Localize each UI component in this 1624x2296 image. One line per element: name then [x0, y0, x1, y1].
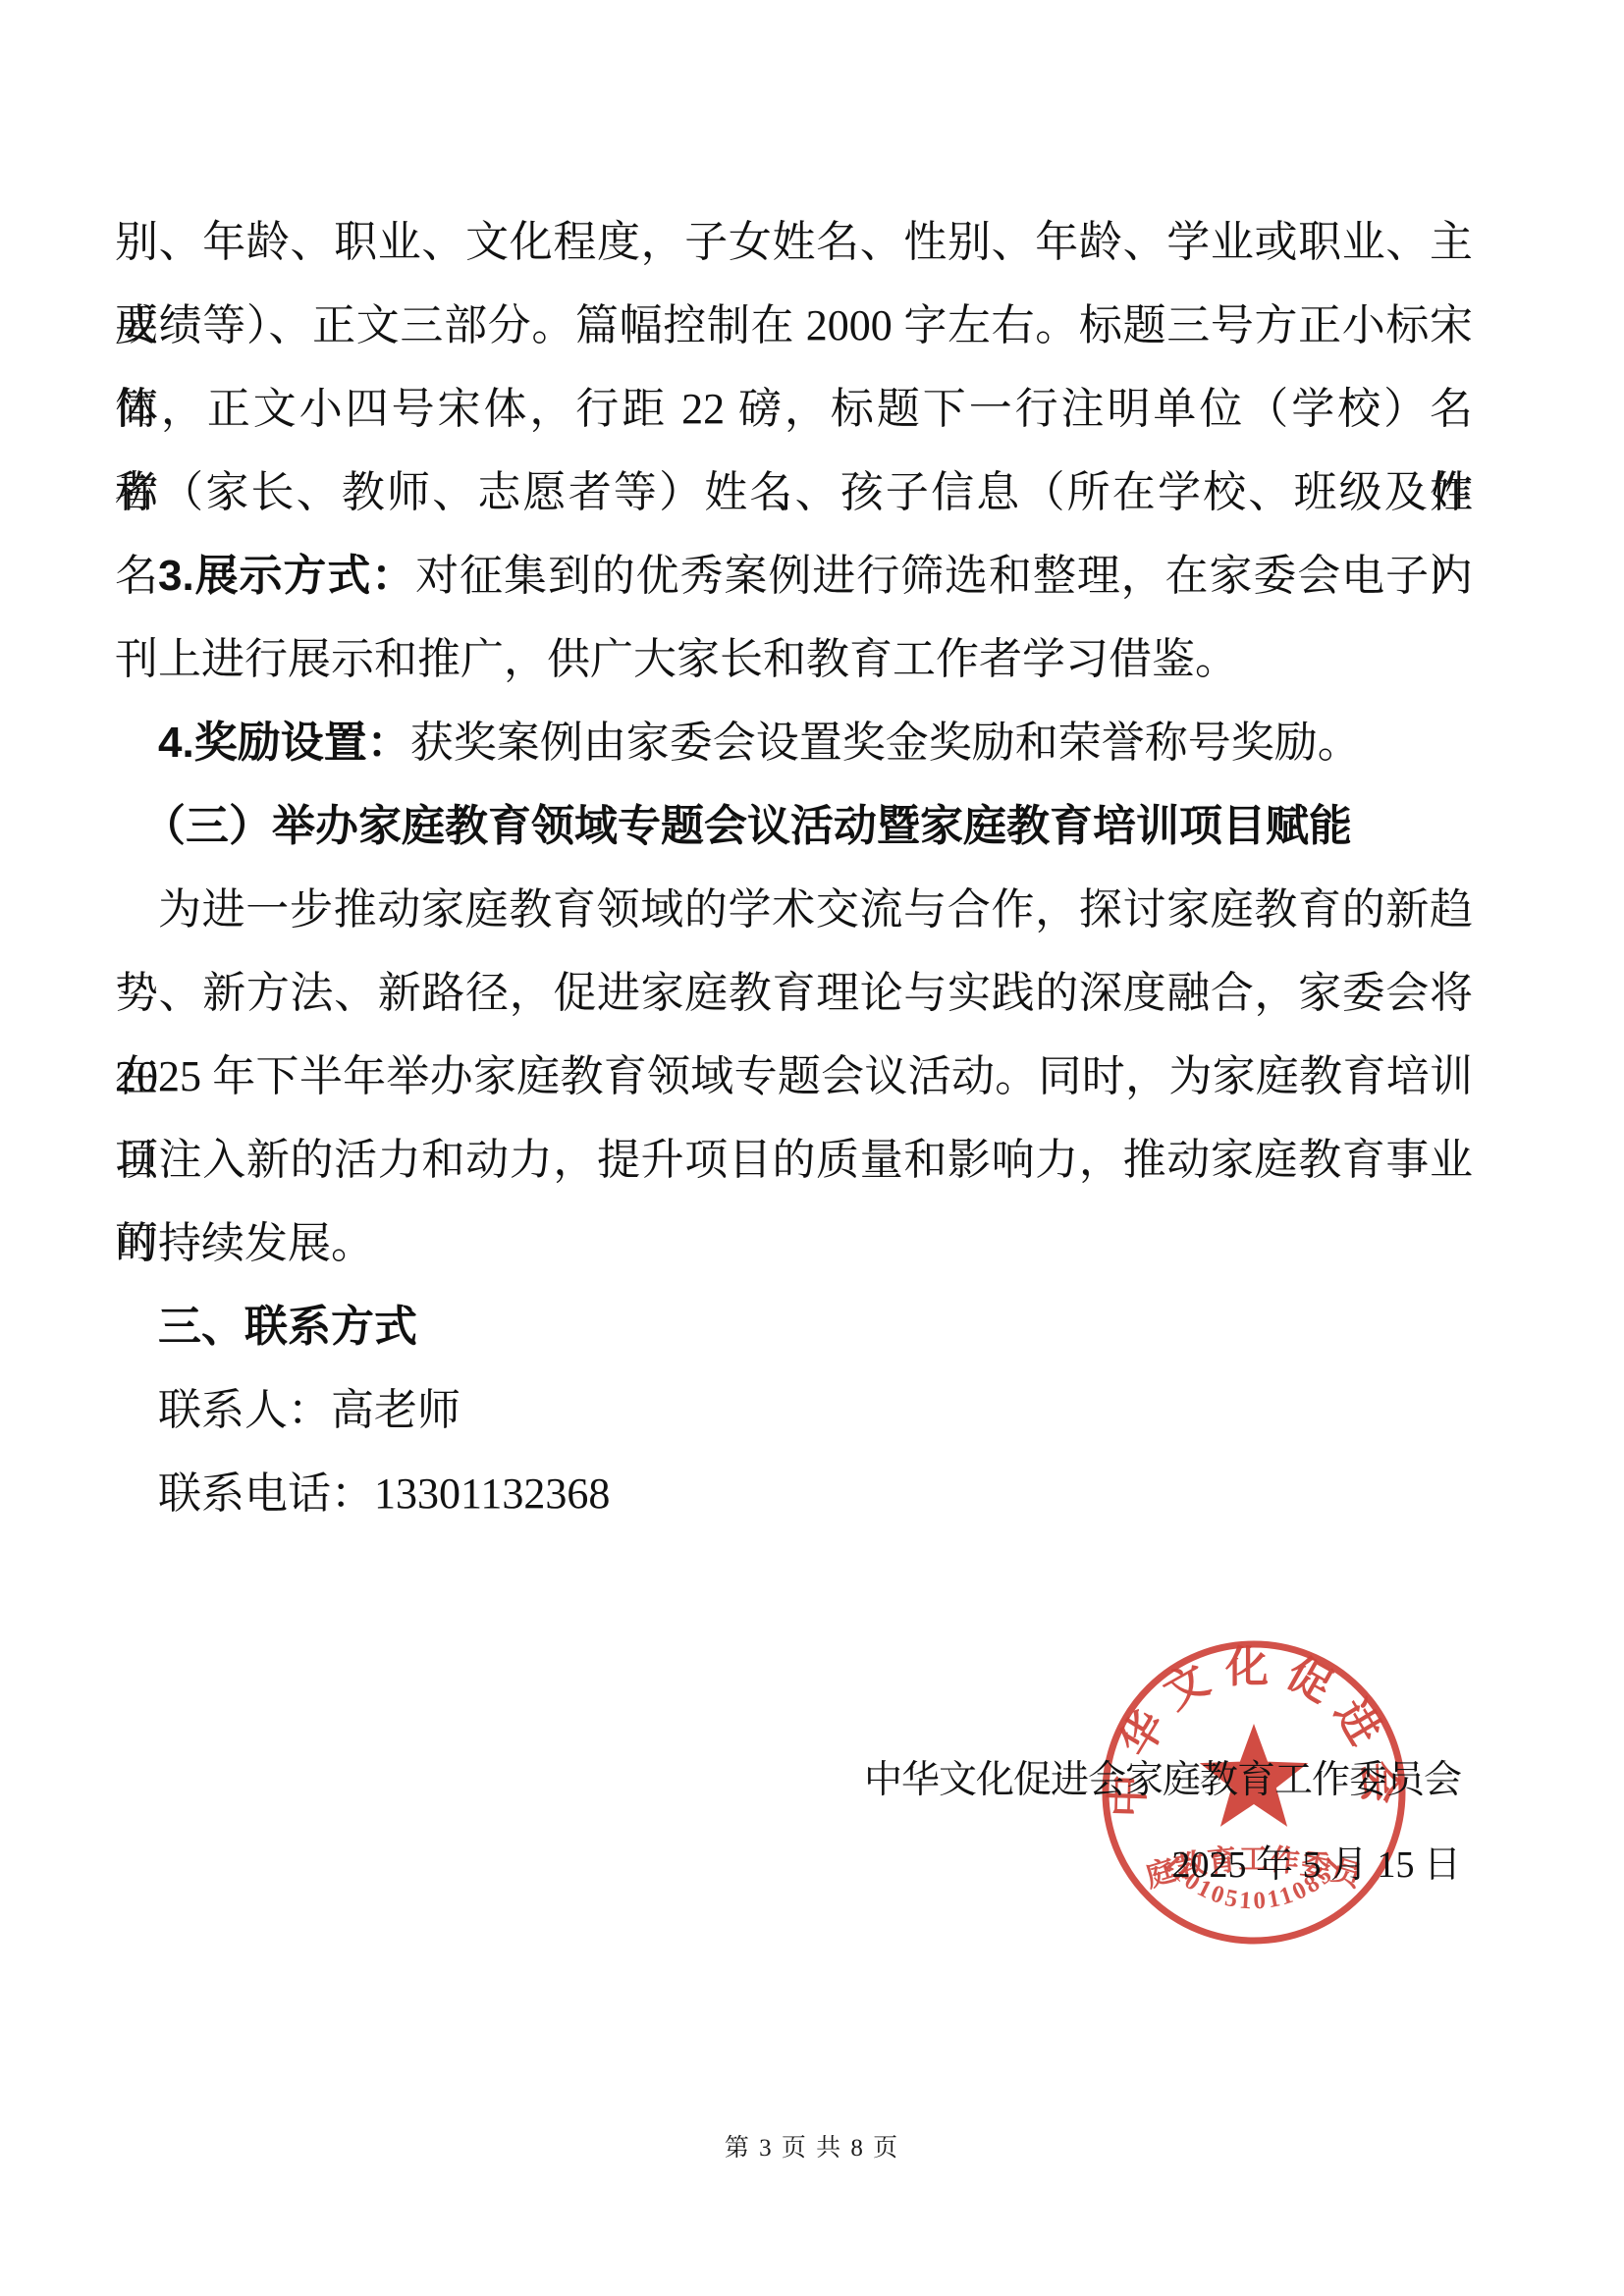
signature-organization: 中华文化促进会家庭教育工作委员会 — [864, 1749, 1461, 1804]
body-line: 可持续发展。 — [115, 1201, 1473, 1285]
body-line: 别、年龄、职业、文化程度，子女姓名、性别、年龄、学业或职业、主要 — [115, 200, 1473, 284]
document-page: 别、年龄、职业、文化程度，子女姓名、性别、年龄、学业或职业、主要 成绩等）、正文… — [0, 0, 1624, 2296]
body-line: 4.奖励设置：获奖案例由家委会设置奖金奖励和荣誉称号奖励。 — [115, 701, 1473, 784]
body-line: 体，正文小四号宋体，行距 22 磅，标题下一行注明单位（学校）名称、作 — [115, 367, 1473, 451]
list-item-label: 3.展示方式： — [158, 552, 415, 600]
body-line: 成绩等）、正文三部分。篇幅控制在 2000 字左右。标题三号方正小标宋简 — [115, 284, 1473, 367]
body-line: 2025 年下半年举办家庭教育领域专题会议活动。同时，为家庭教育培训项 — [115, 1035, 1473, 1118]
body-line: 势、新方法、新路径，促进家庭教育理论与实践的深度融合，家委会将在 — [115, 951, 1473, 1035]
body-line: 3.展示方式：对征集到的优秀案例进行筛选和整理，在家委会电子内 — [115, 534, 1473, 617]
signature-date: 2025 年 5 月 15 日 — [1171, 1834, 1461, 1888]
body-line: 目注入新的活力和动力，提升项目的质量和影响力，推动家庭教育事业的 — [115, 1118, 1473, 1201]
contact-phone-line: 联系电话：13301132368 — [115, 1452, 1473, 1535]
body-line: 者（家长、教师、志愿者等）姓名、孩子信息（所在学校、班级及姓名） — [115, 451, 1473, 534]
list-item-text: 对征集到的优秀案例进行筛选和整理，在家委会电子内 — [415, 552, 1473, 600]
list-item-label: 4.奖励设置： — [158, 719, 410, 767]
document-body: 别、年龄、职业、文化程度，子女姓名、性别、年龄、学业或职业、主要 成绩等）、正文… — [115, 200, 1473, 1535]
page-number-footer: 第 3 页 共 8 页 — [0, 2128, 1624, 2163]
list-item-text: 获奖案例由家委会设置奖金奖励和荣誉称号奖励。 — [410, 719, 1361, 767]
body-line: 为进一步推动家庭教育领域的学术交流与合作，探讨家庭教育的新趋 — [115, 868, 1473, 951]
body-line: 刊上进行展示和推广，供广大家长和教育工作者学习借鉴。 — [115, 617, 1473, 701]
contact-person-line: 联系人：高老师 — [115, 1368, 1473, 1452]
section-heading: 三、联系方式 — [115, 1285, 1473, 1368]
section-heading: （三）举办家庭教育领域专题会议活动暨家庭教育培训项目赋能 — [115, 784, 1473, 868]
